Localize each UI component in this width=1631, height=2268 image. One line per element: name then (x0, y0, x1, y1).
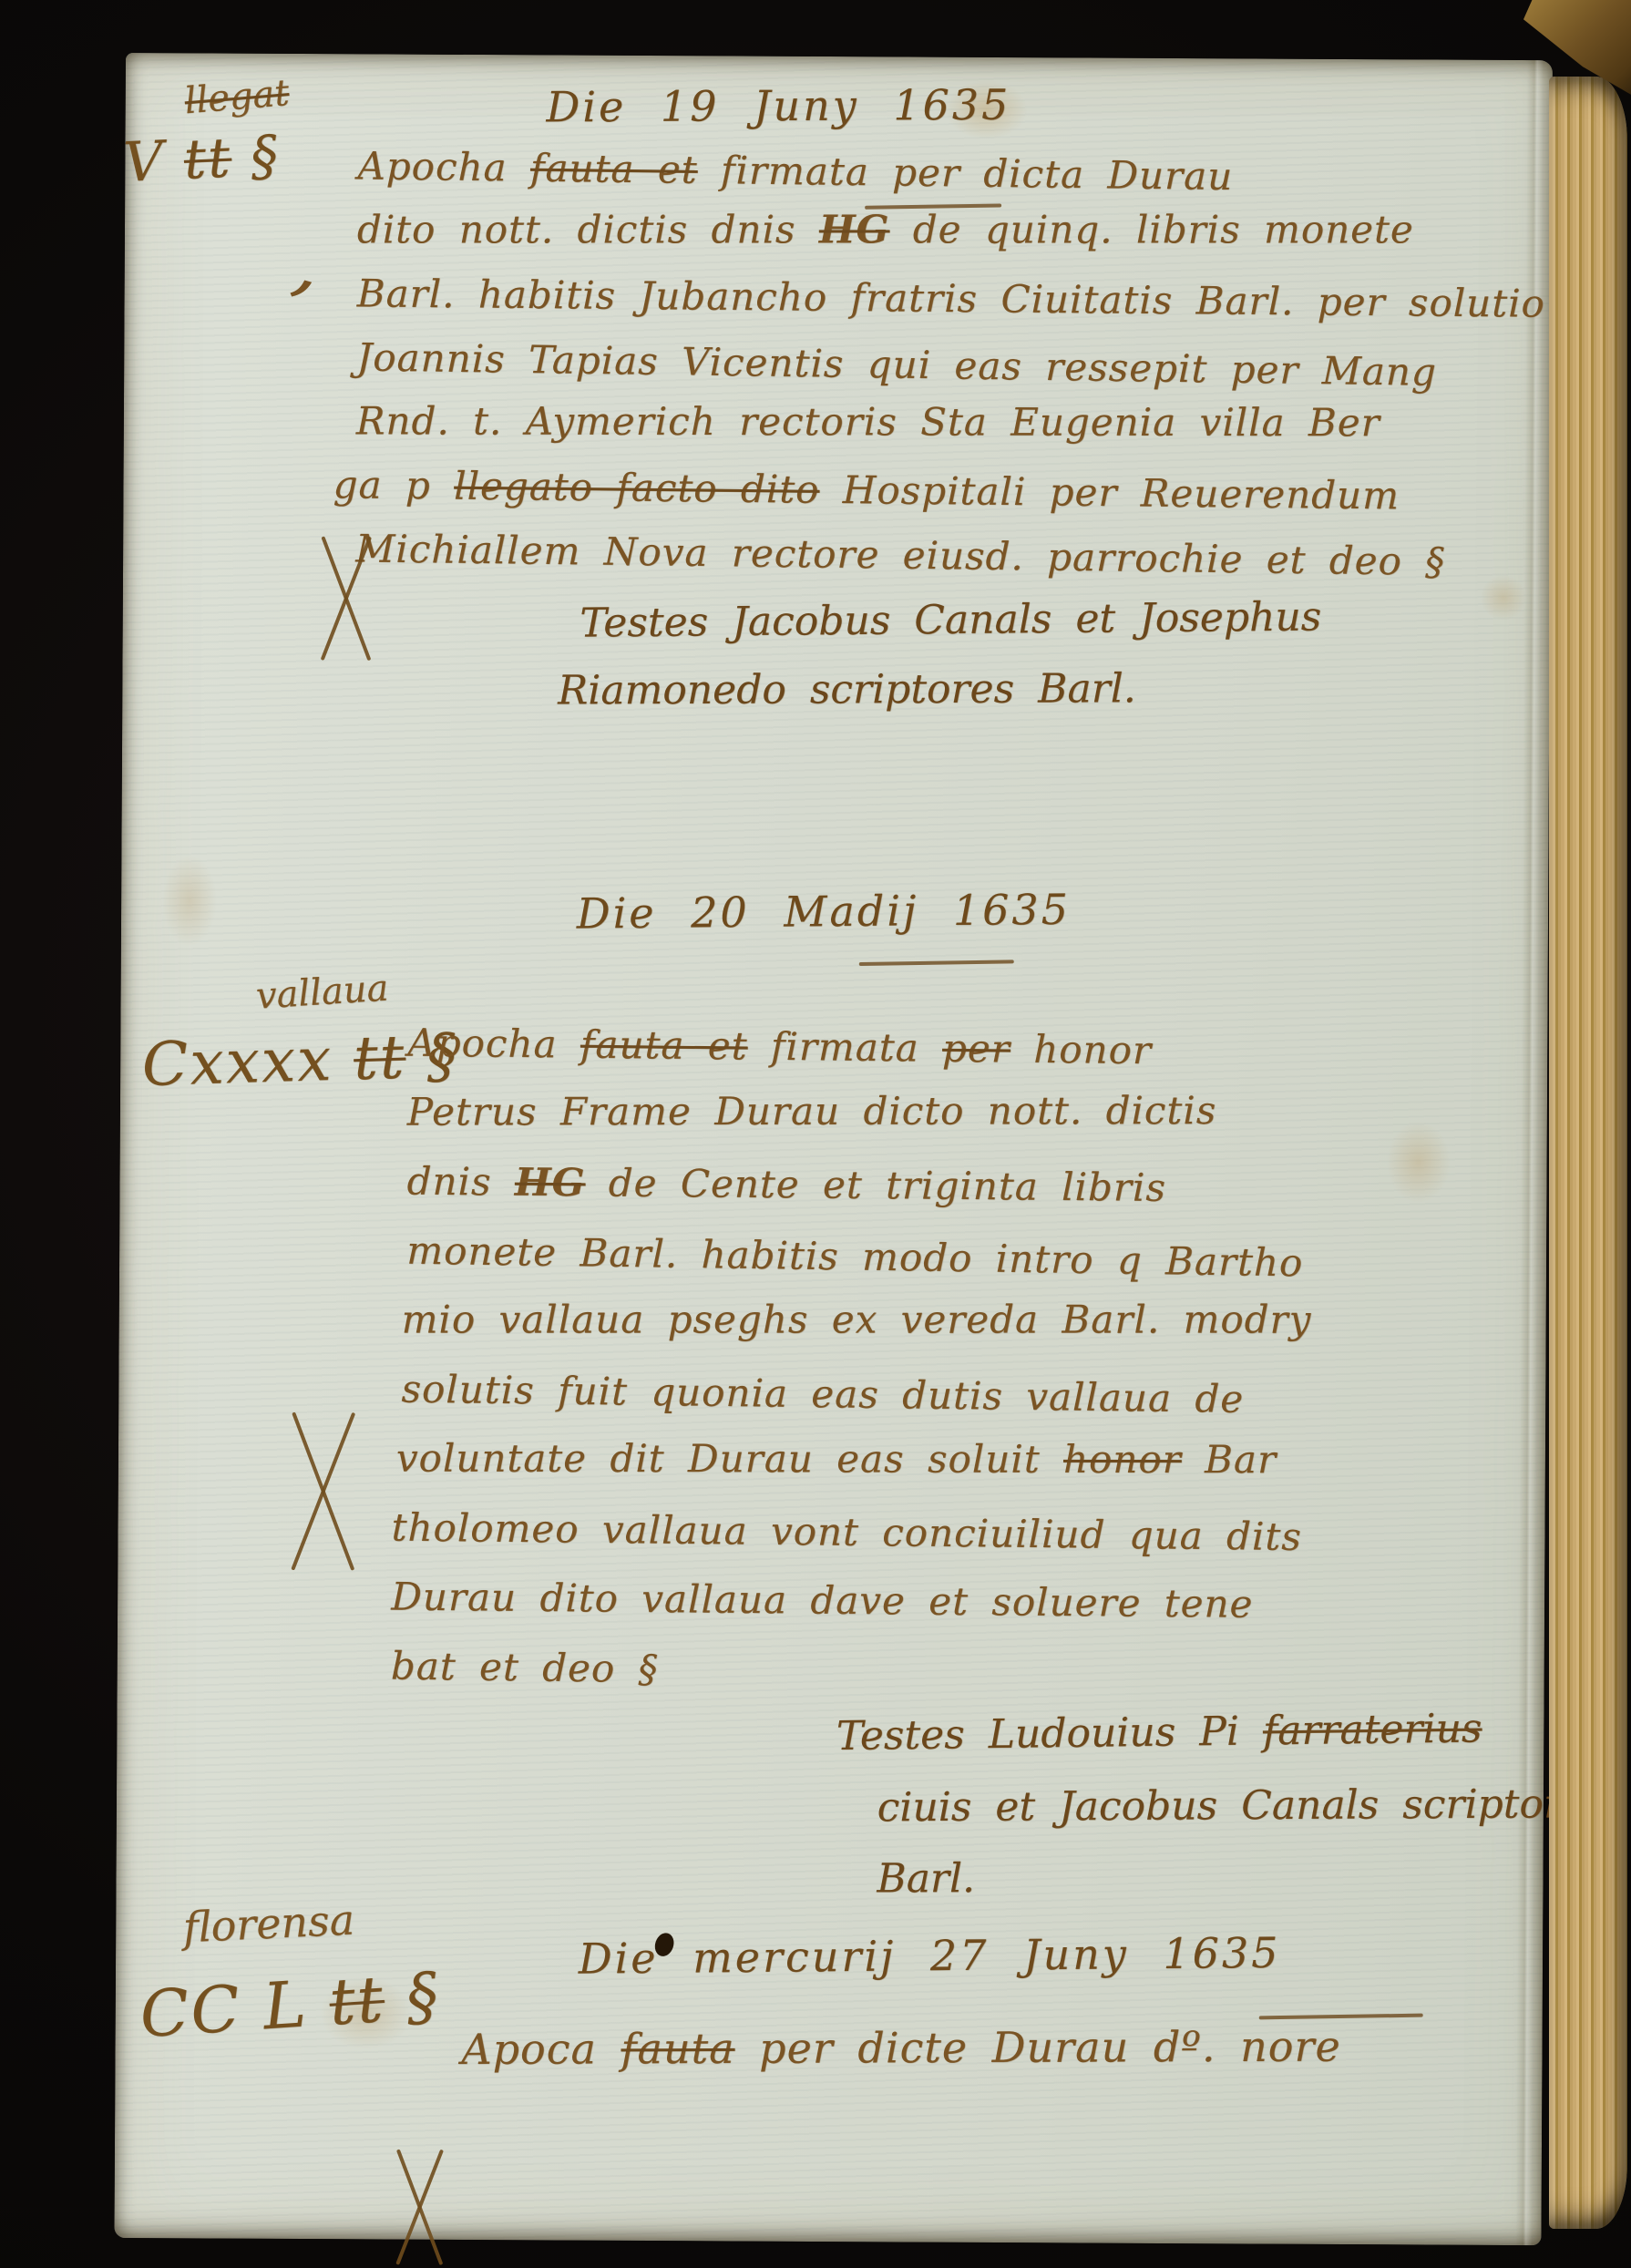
page-edges (1549, 77, 1627, 2229)
struck-text: tt (327, 1962, 386, 2040)
ink-text: Hospitali per Reuerendum (819, 467, 1400, 518)
underline-flourish (1259, 2014, 1423, 2020)
ink-text: § (230, 124, 281, 190)
ink-text: Testes Jacobus Canals et Josephus (580, 594, 1321, 647)
struck-text: farraterius (1263, 1705, 1482, 1754)
manuscript-line: dito nott. dictis dnis HG de quinq. libr… (357, 207, 1414, 251)
ink-text: Durau dito vallaua dave et soluere tene (391, 1575, 1254, 1627)
ink-text: dnis (406, 1159, 515, 1205)
ink-text: firmata (747, 1024, 942, 1071)
ink-text: Apocha (357, 143, 530, 190)
ink-text: firmata per dicta Durau (697, 148, 1233, 199)
ink-text: Barl. (877, 1855, 975, 1902)
ink-text: voluntate dit Durau eas soluit (396, 1436, 1063, 1482)
struck-text: per (942, 1026, 1010, 1072)
struck-text: tt (353, 1022, 406, 1094)
witness-line: Testes Ludouius Pi farraterius (836, 1705, 1482, 1760)
struck-text: fauta et (530, 146, 698, 192)
monogram-text: HG (515, 1160, 586, 1206)
manuscript-line: bat et deo § (391, 1644, 659, 1692)
ink-text: de Cente et triginta libris (585, 1160, 1166, 1210)
ink-text: Riamonedo scriptores Barl. (558, 665, 1136, 713)
struck-text: llegato facto dito (454, 464, 820, 512)
ink-text: tholomeo vallaua vont conciuiliud qua di… (391, 1505, 1302, 1559)
notarial-x-mark (297, 532, 394, 665)
ink-text: Cxxxx (141, 1023, 355, 1100)
entry-date-heading: Die 20 Madij 1635 (576, 885, 1071, 939)
ink-text: bat et deo § (391, 1644, 659, 1692)
manuscript-line: monete Barl. habitis modo intro q Bartho (406, 1228, 1304, 1286)
struck-text: fauta (621, 2024, 734, 2073)
manuscript-line: Apocha fauta et firmata per honor (407, 1021, 1152, 1073)
ink-text: Apocha (407, 1021, 580, 1067)
margin-amount-lliures: CC L tt § (138, 1958, 442, 2052)
ink-text: monete Barl. habitis modo intro q Bartho (406, 1228, 1304, 1286)
foxing-stain (162, 855, 218, 946)
notarial-x-mark (374, 2145, 466, 2268)
ink-text: honor (1010, 1027, 1153, 1073)
entry-date-heading: Die mercurij 27 Juny 1635 (578, 1928, 1280, 1984)
manuscript-line: Petrus Frame Durau dicto nott. dictis (407, 1088, 1217, 1134)
ink-text: vallaua (254, 967, 389, 1017)
entry-date-heading: Die 19 Juny 1635 (546, 80, 1010, 132)
manuscript-line: Michiallem Nova rectore eiusd. parrochie… (355, 526, 1445, 584)
foxing-stain (1481, 575, 1526, 621)
manuscript-line: solutis fuit quonia eas dutis vallaua de (401, 1367, 1244, 1421)
ink-text: Apoca (461, 2024, 621, 2074)
ink-text: Testes Ludouius Pi (836, 1708, 1264, 1760)
ink-text: Rnd. t. Aymerich rectoris Sta Eugenia vi… (356, 398, 1380, 445)
ink-text: Michiallem Nova rectore eiusd. parrochie… (355, 526, 1445, 584)
witness-line: ciuis et Jacobus Canals scriptor (877, 1781, 1564, 1831)
manuscript-line: ga p llegato facto dito Hospitali per Re… (333, 462, 1400, 518)
struck-text: fauta et (580, 1022, 748, 1069)
manuscript-line: dnis HG de Cente et triginta libris (406, 1159, 1166, 1210)
manuscript-line: voluntate dit Durau eas soluit honor Bar (396, 1436, 1277, 1483)
manuscript-line: Rnd. t. Aymerich rectoris Sta Eugenia vi… (356, 398, 1380, 445)
ink-text: per dicte Durau dº. nore (734, 2022, 1340, 2073)
witness-line: Barl. (877, 1855, 975, 1902)
manuscript-line: Barl. habitis Jubancho fratris Ciuitatis… (356, 271, 1545, 325)
margin-amount-lliures: V tt § (122, 124, 282, 195)
ink-text: § (382, 1958, 442, 2037)
struck-text: tt (182, 126, 232, 191)
underline-flourish (859, 960, 1014, 966)
witness-line: Riamonedo scriptores Barl. (558, 665, 1136, 713)
margin-note: florensa (182, 1895, 356, 1953)
ink-text: CC L (138, 1965, 332, 2052)
ink-text: ga p (333, 462, 454, 508)
ink-text: Bar (1182, 1437, 1277, 1482)
ink-text: de quinq. libris monete (889, 207, 1413, 251)
ink-text: dito nott. dictis dnis (357, 207, 819, 251)
comma-flourish: , (285, 216, 334, 311)
page-crease (1515, 60, 1544, 2245)
witness-line: Testes Jacobus Canals et Josephus (580, 594, 1321, 647)
manuscript-line: mio vallaua pseghs ex vereda Barl. modry (402, 1298, 1312, 1342)
ink-text: florensa (182, 1895, 356, 1953)
photo-backdrop: { "palette": { "ink": "#7a5424", "ink_da… (0, 0, 1631, 2268)
ink-text: Petrus Frame Durau dicto nott. dictis (407, 1088, 1217, 1134)
monogram-text: HG (819, 207, 890, 251)
struck-text: honor (1063, 1437, 1182, 1482)
manuscript-line: Apoca fauta per dicte Durau dº. nore (461, 2022, 1341, 2074)
struck-text: llegat (183, 72, 291, 122)
margin-note: vallaua (254, 967, 389, 1017)
ink-text: solutis fuit quonia eas dutis vallaua de (401, 1367, 1244, 1421)
margin-note: llegat (183, 72, 291, 122)
manuscript-line: Durau dito vallaua dave et soluere tene (391, 1575, 1254, 1627)
ink-text: Barl. habitis Jubancho fratris Ciuitatis… (356, 271, 1545, 325)
manuscript-line: Joannis Tapias Vicentis qui eas ressepit… (356, 334, 1437, 395)
manuscript-line: tholomeo vallaua vont conciuiliud qua di… (391, 1505, 1302, 1559)
notarial-x-mark (268, 1407, 378, 1576)
manuscript-page: llegat V tt § , Die 19 Juny 1635 Apocha … (114, 53, 1553, 2245)
ink-text: ciuis et Jacobus Canals scriptor (877, 1781, 1564, 1831)
foxing-stain (1386, 1121, 1450, 1203)
ink-text: V (122, 128, 186, 195)
ink-text: mio vallaua pseghs ex vereda Barl. modry (402, 1298, 1312, 1342)
manuscript-line: Apocha fauta et firmata per dicta Durau (357, 143, 1233, 199)
ink-text: Joannis Tapias Vicentis qui eas ressepit… (356, 334, 1437, 395)
